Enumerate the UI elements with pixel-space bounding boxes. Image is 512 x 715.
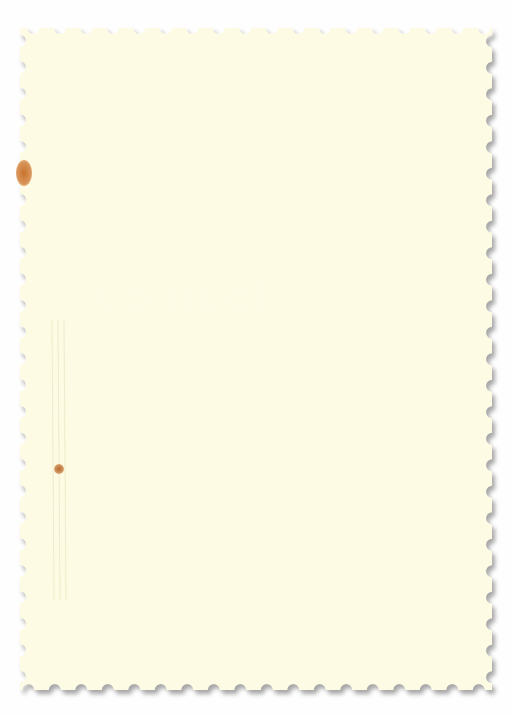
- rust-stain-lower-left: [54, 464, 64, 474]
- rust-stain-upper-left: [16, 160, 32, 186]
- watermark-text: colnect: [95, 268, 270, 322]
- stamp-back: [0, 0, 512, 715]
